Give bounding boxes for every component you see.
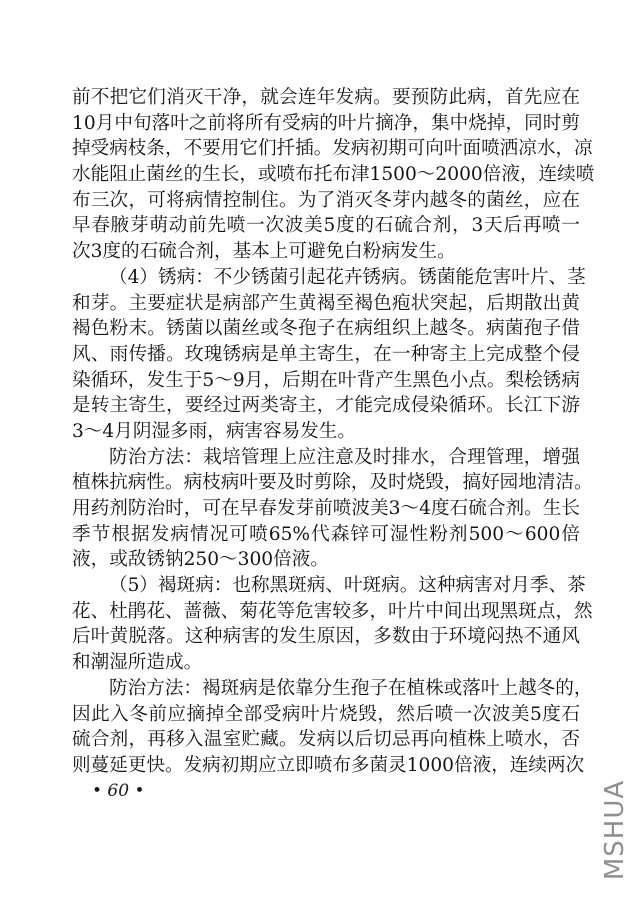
text-line: 前不把它们消灭干净，就会连年发病。要预防此病，首先应在 [72,85,580,111]
text-line: 用药剂防治时，可在早春发芽前喷波美3～4度石硫合剂。生长 [72,496,580,522]
text-line: 早春腋芽萌动前先喷一次波美5度的石硫合剂，3天后再喷一 [72,213,580,239]
text-line: 因此入冬前应摘掉全部受病叶片烧毁，然后喷一次波美5度石 [72,702,580,728]
body-text: 前不把它们消灭干净，就会连年发病。要预防此病，首先应在10月中旬落叶之前将所有受… [72,85,580,779]
text-line: 风、雨传播。玫瑰锈病是单主寄生，在一种寄主上完成整个侵 [72,342,580,368]
book-page: 前不把它们消灭干净，就会连年发病。要预防此病，首先应在10月中旬落叶之前将所有受… [0,0,637,901]
text-line: 水能阻止菌丝的生长，或喷布托布津1500～2000倍液，连续喷 [72,162,580,188]
text-line: 染循环，发生于5～9月，后期在叶背产生黑色小点。梨桧锈病 [72,368,580,394]
text-line: 布三次，可将病情控制住。为了消灭冬芽内越冬的菌丝，应在 [72,188,580,214]
text-line: 液，或敌锈钠250～300倍液。 [72,547,580,573]
text-line: 10月中旬落叶之前将所有受病的叶片摘净，集中烧掉，同时剪 [72,111,580,137]
text-line: 防治方法：栽培管理上应注意及时排水，合理管理，增强 [72,445,580,471]
watermark: MSHUA [603,775,627,885]
text-line: 季节根据发病情况可喷65%代森锌可湿性粉剂500～600倍 [72,522,580,548]
text-line: 次3度的石硫合剂，基本上可避免白粉病发生。 [72,239,580,265]
text-line: 硫合剂，再移入温室贮藏。发病以后切忌再向植株上喷水，否 [72,727,580,753]
text-line: 花、杜鹃花、蔷薇、菊花等危害较多，叶片中间出现黑斑点，然 [72,599,580,625]
text-line: 是转主寄生，要经过两类寄主，才能完成侵染循环。长江下游 [72,393,580,419]
text-line: 褐色粉末。锈菌以菌丝或冬孢子在病组织上越冬。病菌孢子借 [72,316,580,342]
page-number: • 60 • [92,781,145,801]
text-line: 防治方法：褐斑病是依靠分生孢子在植株或落叶上越冬的， [72,676,580,702]
text-line: 3～4月阴湿多雨，病害容易发生。 [72,419,580,445]
text-line: 和芽。主要症状是病部产生黄褐至褐色疱状突起，后期散出黄 [72,291,580,317]
text-line: （5）褐斑病：也称黑斑病、叶斑病。这种病害对月季、茶 [72,573,580,599]
text-line: 掉受病枝条，不要用它们扦插。发病初期可向叶面喷洒凉水，凉 [72,136,580,162]
text-line: 则蔓延更快。发病初期应立即喷布多菌灵1000倍液，连续两次 [72,753,580,779]
text-line: （4）锈病：不少锈菌引起花卉锈病。锈菌能危害叶片、茎 [72,265,580,291]
text-line: 和潮湿所造成。 [72,650,580,676]
text-line: 植株抗病性。病枝病叶要及时剪除，及时烧毁，搞好园地清洁。 [72,470,580,496]
text-line: 后叶黄脱落。这种病害的发生原因，多数由于环境闷热不通风 [72,624,580,650]
